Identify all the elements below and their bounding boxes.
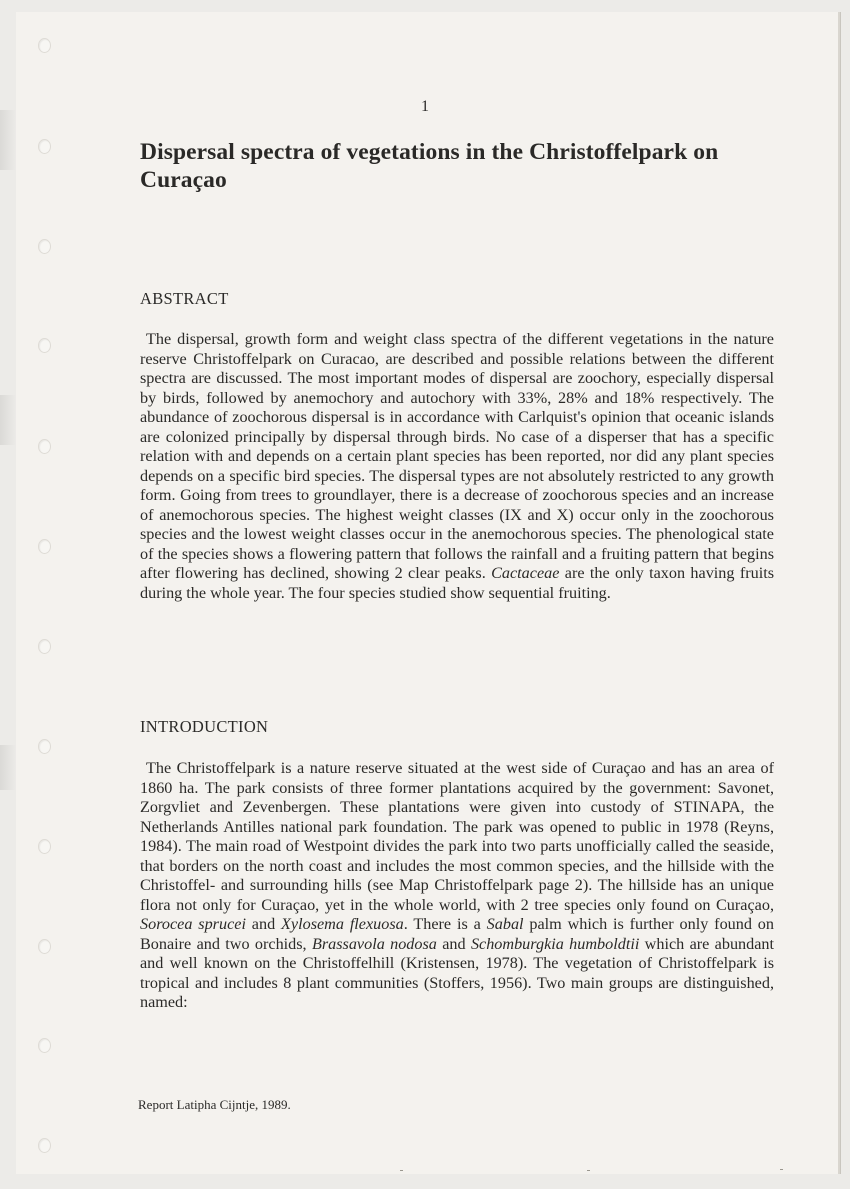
species-name-italic: Brassavola nodosa	[312, 935, 437, 953]
binding-hole-icon	[38, 639, 51, 654]
species-name-italic: Sorocea sprucei	[140, 915, 246, 933]
abstract-text: The dispersal, growth form and weight cl…	[140, 330, 774, 582]
introduction-text: The Christoffelpark is a nature reserve …	[140, 759, 774, 914]
binding-hole-icon	[38, 1138, 51, 1153]
scan-speck	[400, 1170, 403, 1171]
binding-hole-icon	[38, 539, 51, 554]
abstract-heading: ABSTRACT	[140, 289, 229, 309]
binding-hole-icon	[38, 139, 51, 154]
scan-speck	[587, 1170, 590, 1171]
report-footer: Report Latipha Cijntje, 1989.	[138, 1097, 291, 1113]
binding-hole-icon	[38, 839, 51, 854]
scan-shadow-lower	[0, 745, 16, 790]
introduction-heading: INTRODUCTION	[140, 717, 268, 737]
page-number: 1	[0, 98, 850, 116]
scan-shadow-top	[0, 110, 16, 170]
introduction-paragraph: The Christoffelpark is a nature reserve …	[140, 759, 774, 1013]
binding-hole-icon	[38, 1038, 51, 1053]
scan-speck	[780, 1169, 783, 1170]
binding-hole-icon	[38, 38, 51, 53]
species-name-italic: Schomburgkia humboldtii	[471, 935, 639, 953]
document-title: Dispersal spectra of vegetations in the …	[140, 138, 800, 194]
species-name-italic: Xylosema flexuosa	[281, 915, 404, 933]
binding-hole-icon	[38, 439, 51, 454]
binding-hole-icon	[38, 239, 51, 254]
binding-hole-icon	[38, 739, 51, 754]
abstract-paragraph: The dispersal, growth form and weight cl…	[140, 330, 774, 603]
binding-hole-icon	[38, 338, 51, 353]
abstract-taxon-italic: Cactaceae	[491, 564, 559, 582]
introduction-text: . There is a	[404, 915, 487, 933]
genus-name-italic: Sabal	[487, 915, 524, 933]
binding-hole-icon	[38, 939, 51, 954]
scan-shadow-middle	[0, 395, 16, 445]
introduction-text: and	[246, 915, 281, 933]
introduction-text: and	[437, 935, 471, 953]
